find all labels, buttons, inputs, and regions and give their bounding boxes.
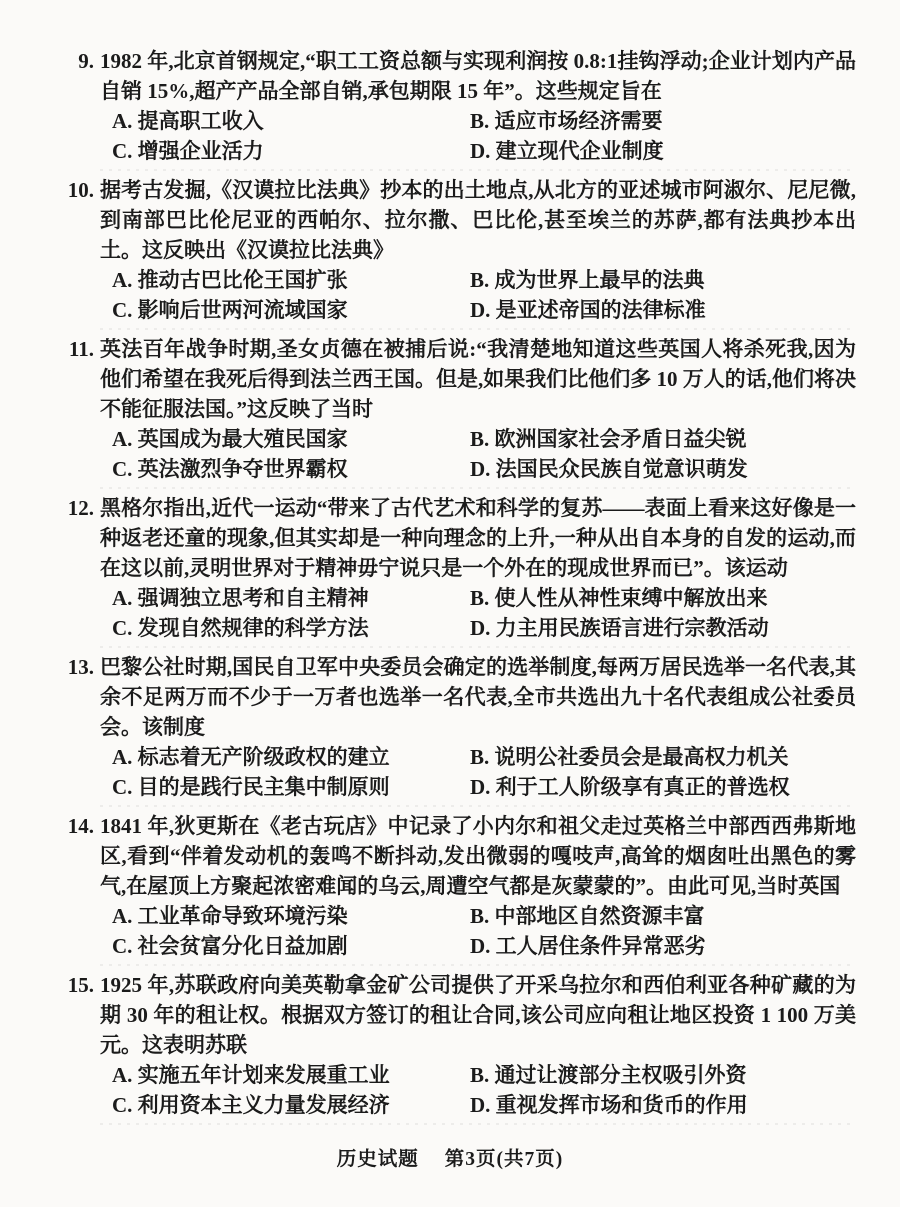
option-a: A. 强调独立思考和自主精神 xyxy=(112,583,470,613)
footer-doc-title: 历史试题 xyxy=(337,1149,419,1170)
footer-page-number: 第3页(共7页) xyxy=(445,1149,564,1170)
option-b: B. 通过让渡部分主权吸引外资 xyxy=(470,1060,856,1090)
option-c: C. 影响后世两河流域国家 xyxy=(112,295,470,325)
question-options: A. 强调独立思考和自主精神 B. 使人性从神性束缚中解放出来 C. 发现自然规… xyxy=(112,583,856,643)
question-stem-block: 11.英法百年战争时期,圣女贞德在被捕后说:“我清楚地知道这些英国人将杀死我,因… xyxy=(100,334,856,424)
question-number: 12. xyxy=(38,493,94,523)
question-stem: 英法百年战争时期,圣女贞德在被捕后说:“我清楚地知道这些英国人将杀死我,因为他们… xyxy=(100,337,856,421)
question-number: 11. xyxy=(38,334,94,364)
option-d: D. 力主用民族语言进行宗教活动 xyxy=(470,613,856,643)
option-b: B. 使人性从神性束缚中解放出来 xyxy=(470,583,856,613)
question-options: A. 英国成为最大殖民国家 B. 欧洲国家社会矛盾日益尖锐 C. 英法激烈争夺世… xyxy=(112,424,856,484)
option-b: B. 中部地区自然资源丰富 xyxy=(470,901,856,931)
question-number: 13. xyxy=(38,652,94,682)
option-a: A. 实施五年计划来发展重工业 xyxy=(112,1060,470,1090)
option-d: D. 是亚述帝国的法律标准 xyxy=(470,295,856,325)
option-c: C. 英法激烈争夺世界霸权 xyxy=(112,454,470,484)
question-stem: 1982 年,北京首钢规定,“职工工资总额与实现利润按 0.8:1挂钩浮动;企业… xyxy=(100,49,856,103)
question-stem: 据考古发掘,《汉谟拉比法典》抄本的出土地点,从北方的亚述城市阿淑尔、尼尼微,到南… xyxy=(100,178,856,262)
option-b: B. 适应市场经济需要 xyxy=(470,106,856,136)
question-stem: 巴黎公社时期,国民自卫军中央委员会确定的选举制度,每两万居民选举一名代表,其余不… xyxy=(100,655,856,739)
option-c: C. 社会贫富分化日益加剧 xyxy=(112,931,470,961)
question-11: 11.英法百年战争时期,圣女贞德在被捕后说:“我清楚地知道这些英国人将杀死我,因… xyxy=(100,334,856,489)
option-a: A. 提高职工收入 xyxy=(112,106,470,136)
option-c: C. 发现自然规律的科学方法 xyxy=(112,613,470,643)
question-number: 9. xyxy=(38,46,94,76)
page-footer: 历史试题第3页(共7页) xyxy=(0,1143,900,1171)
option-c: C. 利用资本主义力量发展经济 xyxy=(112,1090,470,1120)
option-a: A. 英国成为最大殖民国家 xyxy=(112,424,470,454)
question-14: 14.1841 年,狄更斯在《老古玩店》中记录了小内尔和祖父走过英格兰中部西西弗… xyxy=(100,811,856,966)
option-d: D. 重视发挥市场和货币的作用 xyxy=(470,1090,856,1120)
option-d: D. 工人居住条件异常恶劣 xyxy=(470,931,856,961)
question-9: 9.1982 年,北京首钢规定,“职工工资总额与实现利润按 0.8:1挂钩浮动;… xyxy=(100,46,856,171)
option-a: A. 标志着无产阶级政权的建立 xyxy=(112,742,470,772)
question-10: 10.据考古发掘,《汉谟拉比法典》抄本的出土地点,从北方的亚述城市阿淑尔、尼尼微… xyxy=(100,175,856,330)
option-b: B. 欧洲国家社会矛盾日益尖锐 xyxy=(470,424,856,454)
option-d: D. 法国民众民族自觉意识萌发 xyxy=(470,454,856,484)
question-stem: 1925 年,苏联政府向美英勒拿金矿公司提供了开采乌拉尔和西伯利亚各种矿藏的为期… xyxy=(100,973,856,1057)
option-a: A. 推动古巴比伦王国扩张 xyxy=(112,265,470,295)
question-stem-block: 10.据考古发掘,《汉谟拉比法典》抄本的出土地点,从北方的亚述城市阿淑尔、尼尼微… xyxy=(100,175,856,265)
exam-page: 9.1982 年,北京首钢规定,“职工工资总额与实现利润按 0.8:1挂钩浮动;… xyxy=(0,0,900,1207)
question-options: A. 推动古巴比伦王国扩张 B. 成为世界上最早的法典 C. 影响后世两河流域国… xyxy=(112,265,856,325)
question-number: 10. xyxy=(38,175,94,205)
question-12: 12.黑格尔指出,近代一运动“带来了古代艺术和科学的复苏——表面上看来这好像是一… xyxy=(100,493,856,648)
option-d: D. 建立现代企业制度 xyxy=(470,136,856,166)
question-stem-block: 13.巴黎公社时期,国民自卫军中央委员会确定的选举制度,每两万居民选举一名代表,… xyxy=(100,652,856,742)
question-list: 9.1982 年,北京首钢规定,“职工工资总额与实现利润按 0.8:1挂钩浮动;… xyxy=(0,46,900,1129)
question-stem-block: 9.1982 年,北京首钢规定,“职工工资总额与实现利润按 0.8:1挂钩浮动;… xyxy=(100,46,856,106)
question-options: A. 工业革命导致环境污染 B. 中部地区自然资源丰富 C. 社会贫富分化日益加… xyxy=(112,901,856,961)
question-stem: 黑格尔指出,近代一运动“带来了古代艺术和科学的复苏——表面上看来这好像是一种返老… xyxy=(100,496,856,580)
option-c: C. 增强企业活力 xyxy=(112,136,470,166)
question-stem: 1841 年,狄更斯在《老古玩店》中记录了小内尔和祖父走过英格兰中部西西弗斯地区… xyxy=(100,814,856,898)
question-stem-block: 15.1925 年,苏联政府向美英勒拿金矿公司提供了开采乌拉尔和西伯利亚各种矿藏… xyxy=(100,970,856,1060)
question-15: 15.1925 年,苏联政府向美英勒拿金矿公司提供了开采乌拉尔和西伯利亚各种矿藏… xyxy=(100,970,856,1125)
question-number: 15. xyxy=(38,970,94,1000)
option-b: B. 成为世界上最早的法典 xyxy=(470,265,856,295)
question-13: 13.巴黎公社时期,国民自卫军中央委员会确定的选举制度,每两万居民选举一名代表,… xyxy=(100,652,856,807)
option-a: A. 工业革命导致环境污染 xyxy=(112,901,470,931)
option-b: B. 说明公社委员会是最高权力机关 xyxy=(470,742,856,772)
question-number: 14. xyxy=(38,811,94,841)
question-stem-block: 12.黑格尔指出,近代一运动“带来了古代艺术和科学的复苏——表面上看来这好像是一… xyxy=(100,493,856,583)
question-options: A. 标志着无产阶级政权的建立 B. 说明公社委员会是最高权力机关 C. 目的是… xyxy=(112,742,856,802)
option-c: C. 目的是践行民主集中制原则 xyxy=(112,772,470,802)
option-d: D. 利于工人阶级享有真正的普选权 xyxy=(470,772,856,802)
question-stem-block: 14.1841 年,狄更斯在《老古玩店》中记录了小内尔和祖父走过英格兰中部西西弗… xyxy=(100,811,856,901)
question-options: A. 实施五年计划来发展重工业 B. 通过让渡部分主权吸引外资 C. 利用资本主… xyxy=(112,1060,856,1120)
question-options: A. 提高职工收入 B. 适应市场经济需要 C. 增强企业活力 D. 建立现代企… xyxy=(112,106,856,166)
